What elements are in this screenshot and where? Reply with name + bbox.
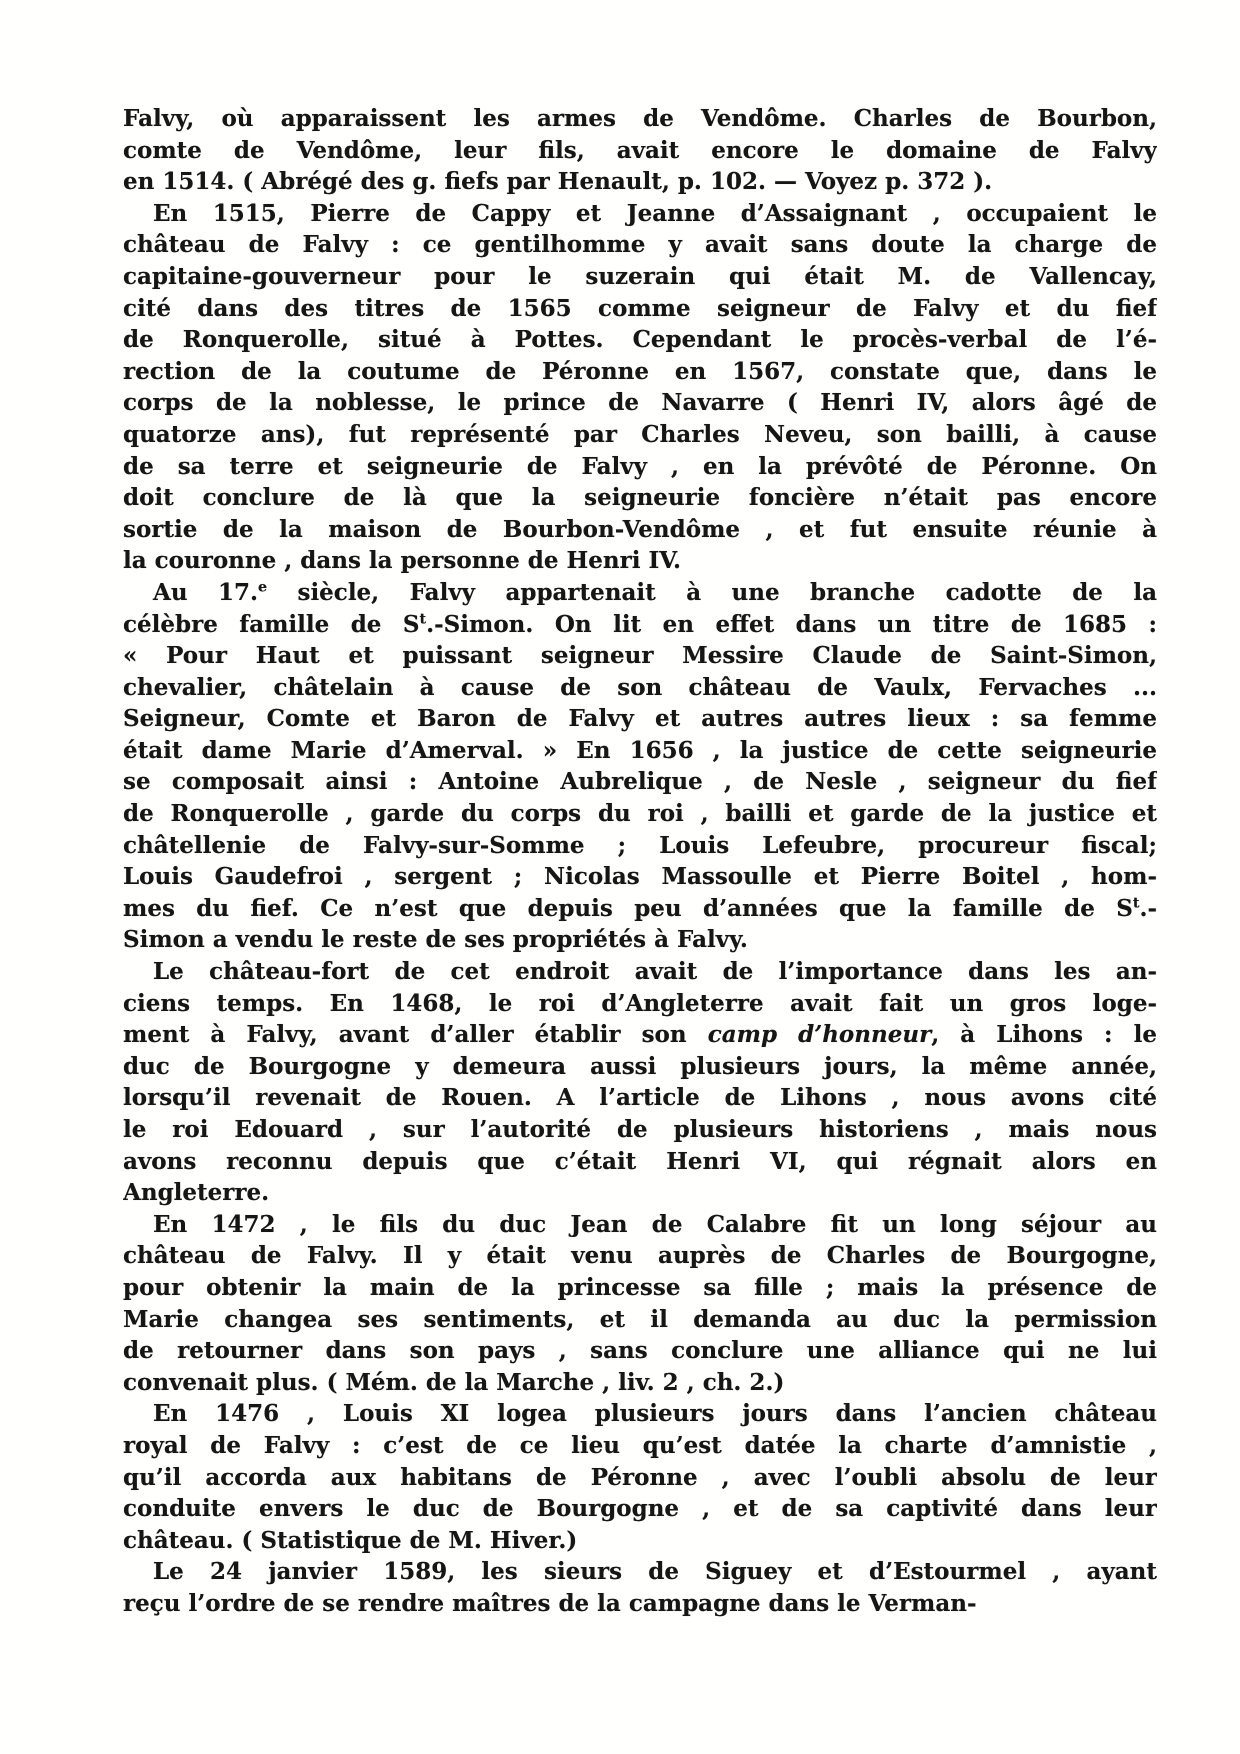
text-segment: royal de Falvy : c’est de ce lieu qu’est… [123,1432,1157,1459]
text-line: châtellenie de Falvy-sur-Somme ; Louis L… [123,830,1157,862]
text-line: « Pour Haut et puissant seigneur Messire… [123,640,1157,672]
text-segment: Seigneur, Comte et Baron de Falvy et aut… [123,705,1157,732]
text-line: Angleterre. [123,1177,1157,1209]
text-segment: En 1472 , le fils du duc Jean de Calabre… [153,1211,1157,1238]
text-segment: pour obtenir la main de la princesse sa … [123,1274,1157,1301]
text-line: cité dans des titres de 1565 comme seign… [123,293,1157,325]
text-segment: e [258,579,267,595]
text-segment: se composait ainsi : Antoine Aubrelique … [123,768,1157,795]
text-line: corps de la noblesse, le prince de Navar… [123,387,1157,419]
paragraph: En 1515, Pierre de Cappy et Jeanne d’Ass… [123,198,1157,577]
text-segment: En 1515, Pierre de Cappy et Jeanne d’Ass… [153,200,1157,227]
text-line: convenait plus. ( Mém. de la Marche , li… [123,1367,1157,1399]
paragraph: En 1476 , Louis XI logea plusieurs jours… [123,1398,1157,1556]
text-segment: la couronne , dans la personne de Henri … [123,547,681,574]
text-line: Marie changea ses sentiments, et il dema… [123,1304,1157,1336]
text-segment: .-Simon. On lit en effet dans un titre d… [426,611,1157,638]
text-line: chevalier, châtelain à cause de son chât… [123,672,1157,704]
text-segment: sortie de la maison de Bourbon-Vendôme ,… [123,516,1157,543]
text-segment: convenait plus. ( Mém. de la Marche , li… [123,1369,784,1396]
text-line: de sa terre et seigneurie de Falvy , en … [123,451,1157,483]
text-segment: château de Falvy : ce gentilhomme y avai… [123,231,1157,258]
text-line: mes du fief. Ce n’est que depuis peu d’a… [123,893,1157,925]
text-segment: ciens temps. En 1468, le roi d’Angleterr… [123,990,1157,1017]
text-segment: Louis Gaudefroi , sergent ; Nicolas Mass… [123,863,1157,890]
text-line: En 1476 , Louis XI logea plusieurs jours… [123,1398,1157,1430]
text-segment: , à Lihons : le [931,1021,1157,1048]
text-segment: le roi Edouard , sur l’autorité de plusi… [123,1116,1157,1143]
text-segment: quatorze ans), fut représenté par Charle… [123,421,1157,448]
text-segment: conduite envers le duc de Bourgogne , et… [123,1495,1157,1522]
text-line: château de Falvy. Il y était venu auprès… [123,1240,1157,1272]
text-segment: capitaine-gouverneur pour le suzerain qu… [123,263,1157,290]
text-segment: reçu l’ordre de se rendre maîtres de la … [123,1590,977,1617]
text-segment: doit conclure de là que la seigneurie fo… [123,484,1157,511]
text-segment: de Ronquerolle , garde du corps du roi ,… [123,800,1157,827]
text-line: avons reconnu depuis que c’était Henri V… [123,1146,1157,1178]
text-segment: Angleterre. [123,1179,269,1206]
text-line: Falvy, où apparaissent les armes de Vend… [123,103,1157,135]
text-segment: château de Falvy. Il y était venu auprès… [123,1242,1157,1269]
text-line: comte de Vendôme, leur fils, avait encor… [123,135,1157,167]
text-line: la couronne , dans la personne de Henri … [123,545,1157,577]
text-line: En 1515, Pierre de Cappy et Jeanne d’Ass… [123,198,1157,230]
text-segment: en 1514. ( Abrégé des g. fiefs par Henau… [123,168,992,195]
text-segment: célèbre famille de S [123,611,420,638]
text-line: Louis Gaudefroi , sergent ; Nicolas Mass… [123,861,1157,893]
text-line: lorsqu’il revenait de Rouen. A l’article… [123,1082,1157,1114]
text-line: était dame Marie d’Amerval. » En 1656 , … [123,735,1157,767]
text-line: Simon a vendu le reste de ses propriétés… [123,924,1157,956]
text-line: de Ronquerolle, situé à Pottes. Cependan… [123,324,1157,356]
text-line: pour obtenir la main de la princesse sa … [123,1272,1157,1304]
text-segment: comte de Vendôme, leur fils, avait encor… [123,137,1157,164]
text-line: Le 24 janvier 1589, les sieurs de Siguey… [123,1556,1157,1588]
text-line: Le château-fort de cet endroit avait de … [123,956,1157,988]
text-segment: cité dans des titres de 1565 comme seign… [123,295,1157,322]
text-segment: Le 24 janvier 1589, les sieurs de Siguey… [153,1558,1157,1585]
text-line: doit conclure de là que la seigneurie fo… [123,482,1157,514]
text-segment: lorsqu’il revenait de Rouen. A l’article… [123,1084,1157,1111]
scanned-page: Falvy, où apparaissent les armes de Vend… [0,0,1240,1754]
text-segment: ment à Falvy, avant d’aller établir son [123,1021,708,1048]
text-line: ment à Falvy, avant d’aller établir son … [123,1019,1157,1051]
text-line: duc de Bourgogne y demeura aussi plusieu… [123,1051,1157,1083]
text-segment: .- [1139,895,1157,922]
text-line: reçu l’ordre de se rendre maîtres de la … [123,1588,1157,1620]
text-line: Seigneur, Comte et Baron de Falvy et aut… [123,703,1157,735]
text-line: château. ( Statistique de M. Hiver.) [123,1525,1157,1557]
text-segment: chevalier, châtelain à cause de son chât… [123,674,1157,701]
text-line: Au 17.e siècle, Falvy appartenait à une … [123,577,1157,609]
text-segment: avons reconnu depuis que c’était Henri V… [123,1148,1157,1175]
text-segment: corps de la noblesse, le prince de Navar… [123,389,1157,416]
text-segment: Falvy, où apparaissent les armes de Vend… [123,105,1157,132]
text-segment: Simon a vendu le reste de ses propriétés… [123,926,748,953]
text-segment: qu’il accorda aux habitans de Péronne , … [123,1464,1157,1491]
text-segment: de sa terre et seigneurie de Falvy , en … [123,453,1157,480]
paragraph: Au 17.e siècle, Falvy appartenait à une … [123,577,1157,956]
text-segment: duc de Bourgogne y demeura aussi plusieu… [123,1053,1157,1080]
text-segment: mes du fief. Ce n’est que depuis peu d’a… [123,895,1133,922]
text-line: ciens temps. En 1468, le roi d’Angleterr… [123,988,1157,1020]
text-line: conduite envers le duc de Bourgogne , et… [123,1493,1157,1525]
text-line: capitaine-gouverneur pour le suzerain qu… [123,261,1157,293]
text-segment: camp d’honneur [708,1021,932,1048]
text-segment: châtellenie de Falvy-sur-Somme ; Louis L… [123,832,1157,859]
text-segment: siècle, Falvy appartenait à une branche … [267,579,1157,606]
text-line: qu’il accorda aux habitans de Péronne , … [123,1462,1157,1494]
paragraph: Le 24 janvier 1589, les sieurs de Siguey… [123,1556,1157,1619]
text-segment: Marie changea ses sentiments, et il dema… [123,1306,1157,1333]
text-segment: Le château-fort de cet endroit avait de … [153,958,1157,985]
text-line: de Ronquerolle , garde du corps du roi ,… [123,798,1157,830]
text-line: en 1514. ( Abrégé des g. fiefs par Henau… [123,166,1157,198]
text-segment: château. ( Statistique de M. Hiver.) [123,1527,577,1554]
text-segment: rection de la coutume de Péronne en 1567… [123,358,1157,385]
text-line: de retourner dans son pays , sans conclu… [123,1335,1157,1367]
text-line: sortie de la maison de Bourbon-Vendôme ,… [123,514,1157,546]
text-line: château de Falvy : ce gentilhomme y avai… [123,229,1157,261]
text-line: se composait ainsi : Antoine Aubrelique … [123,766,1157,798]
text-segment: Au 17. [153,579,258,606]
text-segment: « Pour Haut et puissant seigneur Messire… [123,642,1157,669]
paragraph: En 1472 , le fils du duc Jean de Calabre… [123,1209,1157,1399]
text-segment: était dame Marie d’Amerval. » En 1656 , … [123,737,1157,764]
text-line: rection de la coutume de Péronne en 1567… [123,356,1157,388]
page-text: Falvy, où apparaissent les armes de Vend… [123,103,1157,1620]
paragraph: Falvy, où apparaissent les armes de Vend… [123,103,1157,198]
text-segment: En 1476 , Louis XI logea plusieurs jours… [153,1400,1157,1427]
text-line: le roi Edouard , sur l’autorité de plusi… [123,1114,1157,1146]
text-line: En 1472 , le fils du duc Jean de Calabre… [123,1209,1157,1241]
text-line: célèbre famille de St.-Simon. On lit en … [123,609,1157,641]
paragraph: Le château-fort de cet endroit avait de … [123,956,1157,1209]
text-line: quatorze ans), fut représenté par Charle… [123,419,1157,451]
text-segment: de retourner dans son pays , sans conclu… [123,1337,1157,1364]
text-line: royal de Falvy : c’est de ce lieu qu’est… [123,1430,1157,1462]
text-segment: de Ronquerolle, situé à Pottes. Cependan… [123,326,1157,353]
